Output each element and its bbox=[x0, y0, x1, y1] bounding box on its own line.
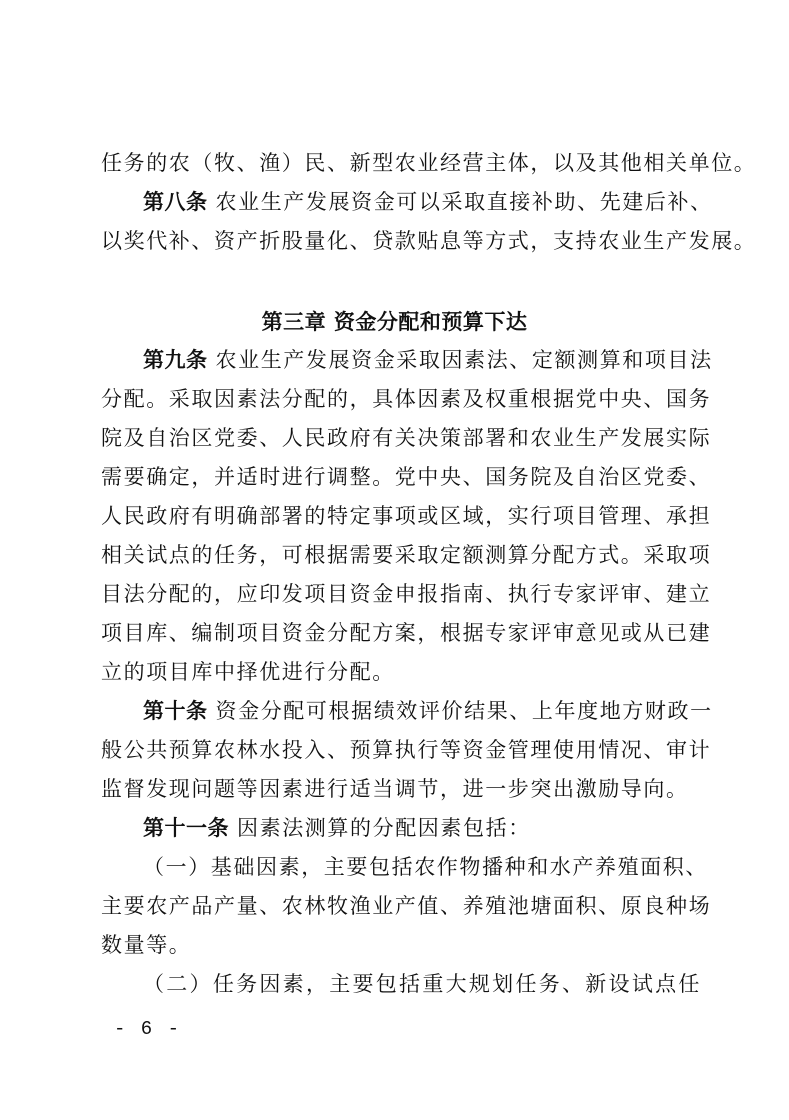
page-number: - 6 - bbox=[114, 1017, 181, 1041]
article-11-text: 因素法测算的分配因素包括： bbox=[237, 816, 531, 840]
article-9-text: 农业生产发展资金采取因素法、定额测算和项目法 bbox=[216, 348, 713, 372]
article-9-line-3: 院及自治区党委、人民政府有关决策部署和农业生产发展实际 bbox=[101, 424, 701, 452]
article-10-line-3: 监督发现问题等因素进行适当调节，进一步突出激励导向。 bbox=[101, 775, 701, 803]
article-9-line-2: 分配。采取因素法分配的，具体因素及权重根据党中央、国务 bbox=[101, 385, 701, 413]
article-10-line-1: 第十条资金分配可根据绩效评价结果、上年度地方财政一 bbox=[143, 697, 701, 725]
article-11-item-1-line-1: （一）基础因素，主要包括农作物播种和水产养殖面积、 bbox=[143, 853, 701, 881]
article-11-line-1: 第十一条因素法测算的分配因素包括： bbox=[143, 814, 701, 842]
article-10-line-2: 般公共预算农林水投入、预算执行等资金管理使用情况、审计 bbox=[101, 736, 701, 764]
article-11-label: 第十一条 bbox=[143, 816, 229, 840]
article-9-line-7: 目法分配的，应印发项目资金申报指南、执行专家评审、建立 bbox=[101, 580, 701, 608]
article-8-label: 第八条 bbox=[143, 190, 208, 214]
article-8-text: 农业生产发展资金可以采取直接补助、先建后补、 bbox=[216, 190, 713, 214]
article-11-item-1-line-3: 数量等。 bbox=[101, 931, 701, 959]
article-9-line-4: 需要确定，并适时进行调整。党中央、国务院及自治区党委、 bbox=[101, 463, 701, 491]
document-page: 任务的农（牧、渔）民、新型农业经营主体，以及其他相关单位。 第八条农业生产发展资… bbox=[0, 0, 789, 1120]
article-9-line-5: 人民政府有明确部署的特定事项或区域，实行项目管理、承担 bbox=[101, 502, 701, 530]
article-8-line-2: 以奖代补、资产折股量化、贷款贴息等方式，支持农业生产发展。 bbox=[101, 227, 701, 255]
article-9-line-8: 项目库、编制项目资金分配方案，根据专家评审意见或从已建 bbox=[101, 619, 701, 647]
article-10-label: 第十条 bbox=[143, 699, 208, 723]
article-9-line-6: 相关试点的任务，可根据需要采取定额测算分配方式。采取项 bbox=[101, 541, 701, 569]
article-9-line-1: 第九条农业生产发展资金采取因素法、定额测算和项目法 bbox=[143, 346, 701, 374]
article-9-line-9: 立的项目库中择优进行分配。 bbox=[101, 658, 701, 686]
article-10-text: 资金分配可根据绩效评价结果、上年度地方财政一 bbox=[216, 699, 713, 723]
article-8-line-1: 第八条农业生产发展资金可以采取直接补助、先建后补、 bbox=[143, 188, 701, 216]
chapter-heading: 第三章 资金分配和预算下达 bbox=[0, 308, 789, 336]
article-11-item-2-line-1: （二）任务因素，主要包括重大规划任务、新设试点任 bbox=[143, 970, 701, 998]
article-11-item-1-line-2: 主要农产品产量、农林牧渔业产值、养殖池塘面积、原良种场 bbox=[101, 892, 701, 920]
article-9-label: 第九条 bbox=[143, 348, 208, 372]
paragraph-continuation: 任务的农（牧、渔）民、新型农业经营主体，以及其他相关单位。 bbox=[101, 149, 701, 177]
